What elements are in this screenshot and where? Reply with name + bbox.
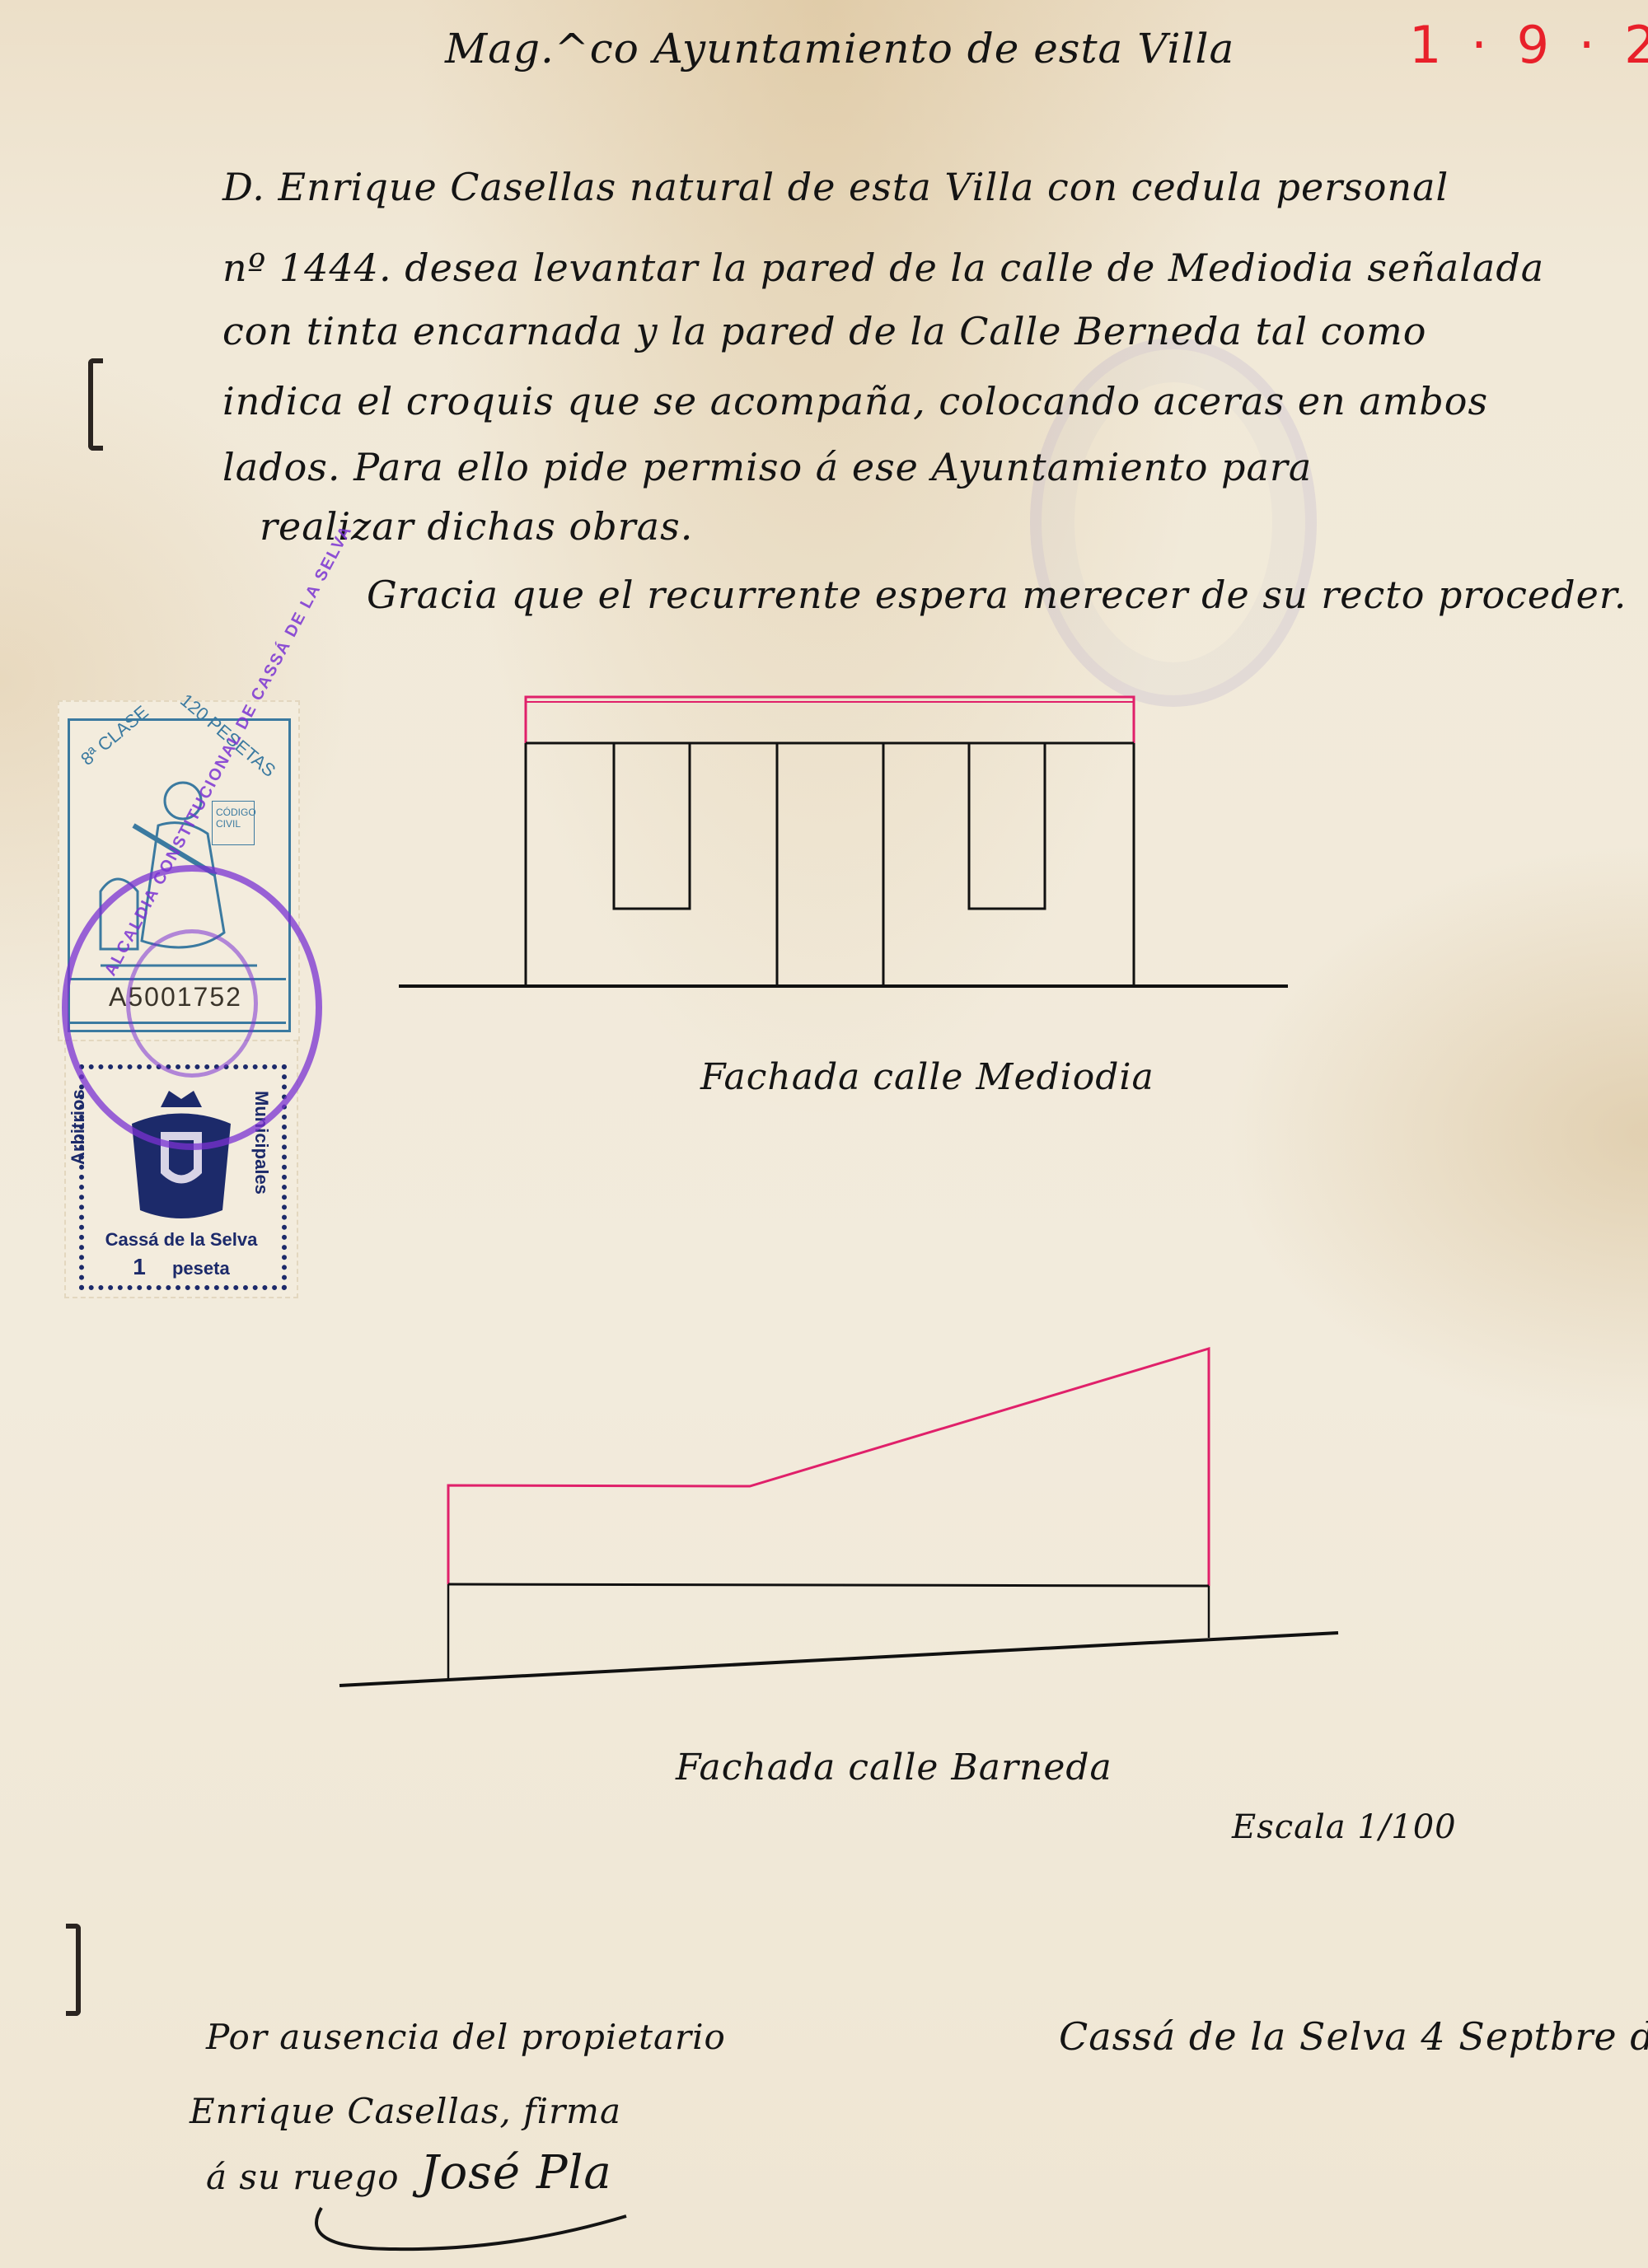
stamp-town-name: Cassá de la Selva xyxy=(66,1229,297,1251)
mediodia-elevation xyxy=(399,697,1288,986)
stamp-value: 1 peseta xyxy=(66,1254,297,1280)
scale-label: Escala 1/100 xyxy=(1232,1808,1457,1846)
stamp-value-number: 1 xyxy=(133,1254,146,1279)
stamp-side-text-left: Arbitrios xyxy=(68,1089,89,1165)
signature-name: José Pla xyxy=(420,2146,612,2200)
place-date: Cassá de la Selva 4 Septbre de 1927 xyxy=(1059,2014,1648,2059)
signature-flourish xyxy=(305,2200,651,2266)
signature-line-3: á su ruego xyxy=(206,2157,400,2197)
codigo-civil-book: CÓDIGO CIVIL xyxy=(212,801,255,845)
stamp-value-unit: peseta xyxy=(172,1258,230,1279)
signature-line-2: Enrique Casellas, firma xyxy=(190,2091,621,2131)
signature-line-1: Por ausencia del propietario xyxy=(206,2017,726,2057)
caption-mediodia: Fachada calle Mediodia xyxy=(700,1056,1154,1098)
barneda-elevation xyxy=(339,1349,1338,1686)
cancellation-seal: ALCALDIA CONSTITUCIONAL DE CASSÁ DE LA S… xyxy=(62,865,322,1150)
caption-barneda: Fachada calle Barneda xyxy=(676,1747,1112,1789)
cancellation-seal-inner xyxy=(126,929,258,1078)
